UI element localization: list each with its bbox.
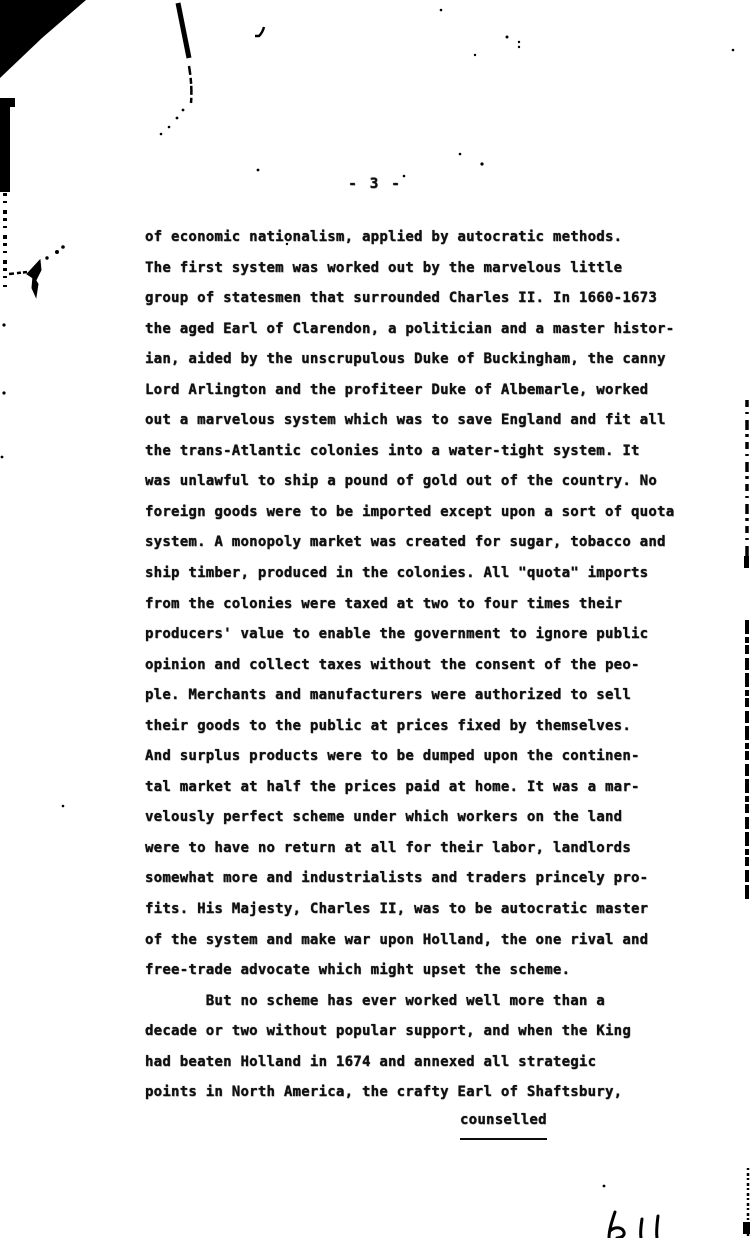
right-edge-scan-streaks [743,400,750,1238]
text-line: ship timber, produced in the colonies. A… [145,558,690,589]
ink-blot-icon [9,246,64,297]
text-line: ian, aided by the unscrupulous Duke of B… [145,344,690,375]
text-line: the trans-Atlantic colonies into a water… [145,436,690,467]
text-line: system. A monopoly market was created fo… [145,527,690,558]
text-line: points in North America, the crafty Earl… [145,1077,690,1108]
catchword-underlined: counselled [460,1108,547,1140]
text-line: velously perfect scheme under which work… [145,802,690,833]
corner-fold-shadow-icon [0,0,86,78]
text-line: out a marvelous system which was to save… [145,405,690,436]
text-line: producers' value to enable the governmen… [145,619,690,650]
text-line: of the system and make war upon Holland,… [145,925,690,956]
text-line: were to have no return at all for their … [145,833,690,864]
hook-mark-icon [255,27,264,36]
text-line: opinion and collect taxes without the co… [145,650,690,681]
handwritten-number [609,1212,658,1238]
text-line: of economic nationalism, applied by auto… [145,222,690,253]
page-number: - 3 - [0,176,750,192]
pen-stroke-icon [160,3,192,135]
text-line: fits. His Majesty, Charles II, was to be… [145,894,690,925]
text-line: from the colonies were taxed at two to f… [145,589,690,620]
text-line: The first system was worked out by the m… [145,253,690,284]
text-line: tal market at half the prices paid at ho… [145,772,690,803]
body-text: of economic nationalism, applied by auto… [145,222,690,1108]
text-line: free-trade advocate which might upset th… [145,955,690,986]
text-line: somewhat more and industrialists and tra… [145,863,690,894]
text-line: was unlawful to ship a pound of gold out… [145,466,690,497]
text-line: decade or two without popular support, a… [145,1016,690,1047]
text-line: And surplus products were to be dumped u… [145,741,690,772]
text-line: But no scheme has ever worked well more … [145,986,690,1017]
text-line: had beaten Holland in 1674 and annexed a… [145,1047,690,1078]
text-line: their goods to the public at prices fixe… [145,711,690,742]
scanned-document-page: - 3 - of economic nationalism, applied b… [0,0,750,1238]
text-line: foreign goods were to be imported except… [145,497,690,528]
text-line: group of statesmen that surrounded Charl… [145,283,690,314]
text-line: the aged Earl of Clarendon, a politician… [145,314,690,345]
text-line: Lord Arlington and the profiteer Duke of… [145,375,690,406]
text-line: ple. Merchants and manufacturers were au… [145,680,690,711]
